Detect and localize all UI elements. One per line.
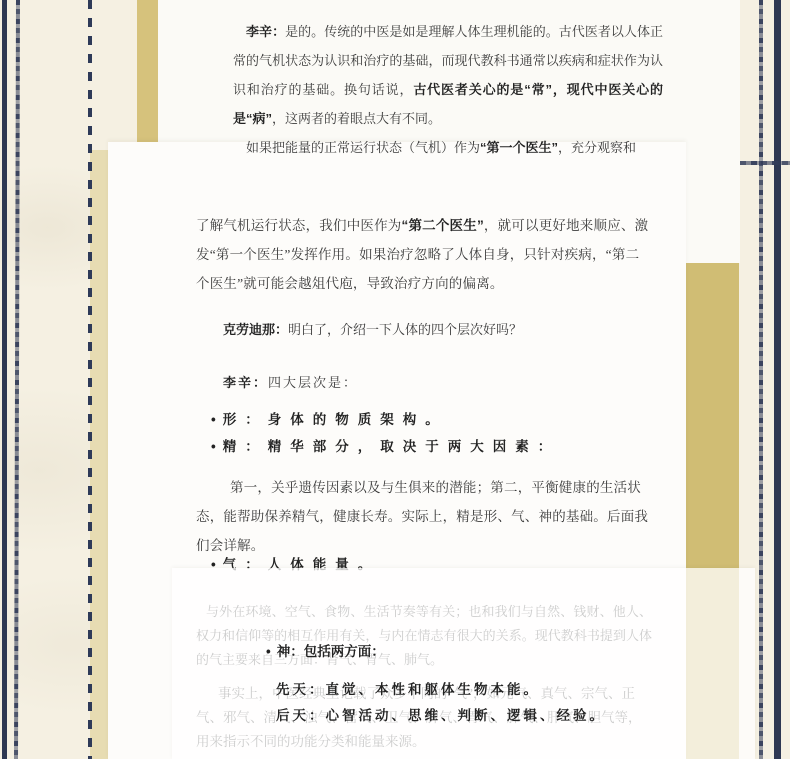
innate-line: 先天：直觉、本性和躯体生物本能。 — [276, 681, 540, 698]
bullet-text: 形：身体的物质架构。 — [223, 412, 448, 427]
bullet-text: 精：精华部分，取决于两大因素： — [223, 439, 561, 454]
right-solid-border-line — [774, 0, 781, 759]
page1-text-block: 李辛：是的。传统的中医是如是理解人体生理机能的。古代医者以人体正常的气机状态为认… — [233, 17, 663, 162]
text-run: 了解气机运行状态，我们中医作为 — [196, 218, 402, 233]
speaker-name: 李辛： — [246, 24, 285, 39]
dialogue-line: 李辛：四大层次是： — [196, 373, 666, 393]
bullet-dot-icon: • — [266, 644, 271, 659]
term-text: 直觉、本性和躯体生物本能。 — [326, 682, 541, 697]
bullet-item-form: •形：身体的物质架构。 — [211, 411, 448, 428]
text-run: ，充分观察和 — [558, 140, 636, 155]
left-dashed-line — [88, 0, 92, 759]
text-run: ，这两者的着眼点大有不同。 — [272, 111, 441, 126]
speaker-name: 李辛： — [223, 375, 268, 390]
bullet-item-spirit: •神：包括两方面： — [266, 643, 385, 660]
accent-bar-top-left — [137, 0, 158, 150]
text-run-bold: “第一个医生” — [480, 140, 558, 155]
paragraph: 了解气机运行状态，我们中医作为“第二个医生”，就可以更好地来顺应、激发“第一个医… — [196, 211, 652, 298]
term-label: 先天： — [276, 682, 326, 697]
bullet-dot-icon: • — [211, 438, 216, 455]
text-run: 明白了，介绍一下人体的四个层次好吗？ — [288, 322, 522, 337]
book-promo-section: 李辛：是的。传统的中医是如是理解人体生理机能的。古代医者以人体正常的气机状态为认… — [0, 0, 790, 759]
right-sketch-line — [759, 0, 763, 759]
text-run-bold: “第二个医生” — [402, 218, 484, 233]
text-run: 如果把能量的正常运行状态（气机）作为 — [246, 140, 480, 155]
paragraph: 第一，关乎遗传因素以及与生俱来的潜能；第二，平衡健康的生活状态，能帮助保养精气，… — [196, 473, 652, 560]
accent-bar-left — [90, 150, 108, 759]
paragraph: 如果把能量的正常运行状态（气机）作为“第一个医生”，充分观察和 — [233, 133, 663, 162]
text-run: 四大层次是： — [268, 375, 358, 390]
left-sketch-line — [14, 0, 20, 759]
speaker-name: 克劳迪那： — [223, 322, 288, 337]
bullet-text: 神：包括两方面： — [277, 644, 385, 659]
left-solid-border-line — [2, 0, 7, 759]
term-label: 后天： — [276, 708, 326, 723]
dialogue-line: 克劳迪那：明白了，介绍一下人体的四个层次好吗？ — [196, 320, 666, 340]
text-run: 第一，关乎遗传因素以及与生俱来的潜能；第二，平衡健康的生活状态，能帮助保养精气，… — [196, 480, 648, 553]
bullet-item-essence: •精：精华部分，取决于两大因素： — [211, 438, 560, 455]
acquired-line: 后天：心智活动、思维、判断、逻辑、经验。 — [276, 707, 606, 724]
page-card-3-translucent — [172, 568, 755, 759]
paragraph: 李辛：是的。传统的中医是如是理解人体生理机能的。古代医者以人体正常的气机状态为认… — [233, 17, 663, 133]
bullet-dot-icon: • — [211, 411, 216, 428]
term-text: 心智活动、思维、判断、逻辑、经验。 — [326, 708, 607, 723]
